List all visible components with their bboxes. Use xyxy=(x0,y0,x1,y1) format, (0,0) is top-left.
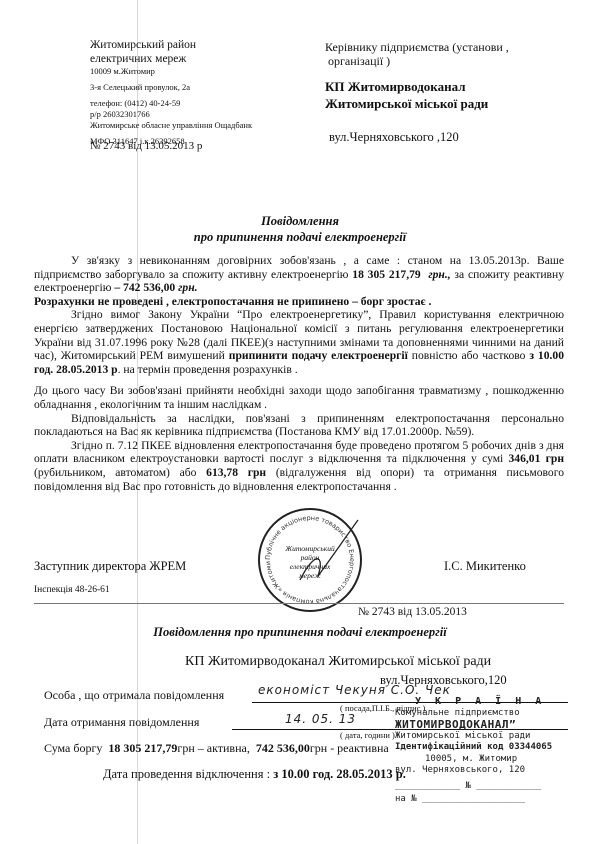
recipient-to-line1: Керівнику підприємства (установи , xyxy=(325,40,509,54)
sender-bank: Житомирське обласне управління Ощадбанк xyxy=(90,120,252,131)
disconnect-date-line: Дата проведення відключення : з 10.00 го… xyxy=(103,767,406,782)
fee-switch: 346,01 грн xyxy=(509,452,565,465)
disconnect-date-value: з 10.00 год. 28.05.2013 р. xyxy=(273,767,406,781)
tear-off-divider xyxy=(34,603,564,604)
paragraph-not-paid: Розрахунки не проведені , електропостача… xyxy=(34,295,564,309)
title-line2: про припинення подачі електроенергії xyxy=(0,229,600,245)
debt-active-amount: 18 305 217,79 xyxy=(108,741,177,755)
paragraph-precautions: До цього часу Ви зобов'язані прийняти не… xyxy=(34,384,564,411)
fee-pole: 613,78 грн xyxy=(206,466,266,479)
title-line1: Повідомлення xyxy=(0,213,600,229)
tear-off-org: КП Житомирводоканал Житомирської міської… xyxy=(185,654,491,670)
reactive-debt-amount: – 742 536,00 xyxy=(114,281,175,294)
document-body: У зв'язку з невиконанням договірних зобо… xyxy=(34,254,564,493)
sender-street: 3-я Селецький провулок, 2а xyxy=(90,82,252,93)
signatory-name: І.С. Микитенко xyxy=(444,559,526,574)
received-by-label: Особа , що отримала повідомлення xyxy=(44,688,224,703)
date-received-caption: ( дата, години ) xyxy=(340,730,395,740)
recipient-address: вул.Черняховського ,120 xyxy=(325,130,509,144)
outgoing-number: № 2743 від 13.05.2013 р xyxy=(90,140,202,152)
received-by-handwriting[interactable]: економіст Чекуня С.О. Чек xyxy=(258,683,451,697)
sender-account: р/р 26032301766 xyxy=(90,109,252,120)
sender-org-line2: електричних мереж xyxy=(90,52,252,66)
paragraph-legal-basis: Згідно вимог Закону України “Про електро… xyxy=(34,308,564,376)
document-title: Повідомлення про припинення подачі елект… xyxy=(0,213,600,245)
active-debt-amount: 18 305 217,79 xyxy=(352,268,420,281)
date-received-label: Дата отримання повідомлення xyxy=(44,715,199,730)
debt-reactive-amount: 742 536,00 xyxy=(256,741,310,755)
date-received-handwriting[interactable]: 14. 05. 13 xyxy=(285,712,356,726)
recipient-name-line1: КП Житомирводоканал xyxy=(325,78,509,95)
company-rectangular-stamp: У К Р А Ї Н А Комунальне підприємство ЖИ… xyxy=(395,696,595,806)
tear-off-title: Повідомлення про припинення подачі елект… xyxy=(0,625,600,640)
tear-off-number: № 2743 від 13.05.2013 xyxy=(358,606,467,618)
sender-city: 10009 м.Житомир xyxy=(90,66,252,77)
paragraph-reconnection: Згідно п. 7.12 ПКЕЕ відновлення електроп… xyxy=(34,439,564,493)
paragraph-debt: У зв'язку з невиконанням договірних зобо… xyxy=(34,254,564,295)
round-seal-stamp: Публічне акціонерне товариство Енергопос… xyxy=(258,508,362,612)
sender-block: Житомирський район електричних мереж 100… xyxy=(90,38,252,147)
recipient-to-line2: організації ) xyxy=(325,54,509,68)
sender-phone: телефон: (0412) 40-24-59 xyxy=(90,98,252,109)
debt-summary: Сума боргу 18 305 217,79грн – активна, 7… xyxy=(44,741,389,756)
sender-org-line1: Житомирський район xyxy=(90,38,252,52)
recipient-name-line2: Житомирської міської ради xyxy=(325,95,509,112)
signatory-position: Заступник директора ЖРЕМ xyxy=(34,559,186,574)
paragraph-responsibility: Відповідальність за наслідки, пов'язані … xyxy=(34,412,564,439)
recipient-block: Керівнику підприємства (установи , орган… xyxy=(325,40,509,144)
inspection-phone: Інспекція 48-26-61 xyxy=(34,585,110,595)
